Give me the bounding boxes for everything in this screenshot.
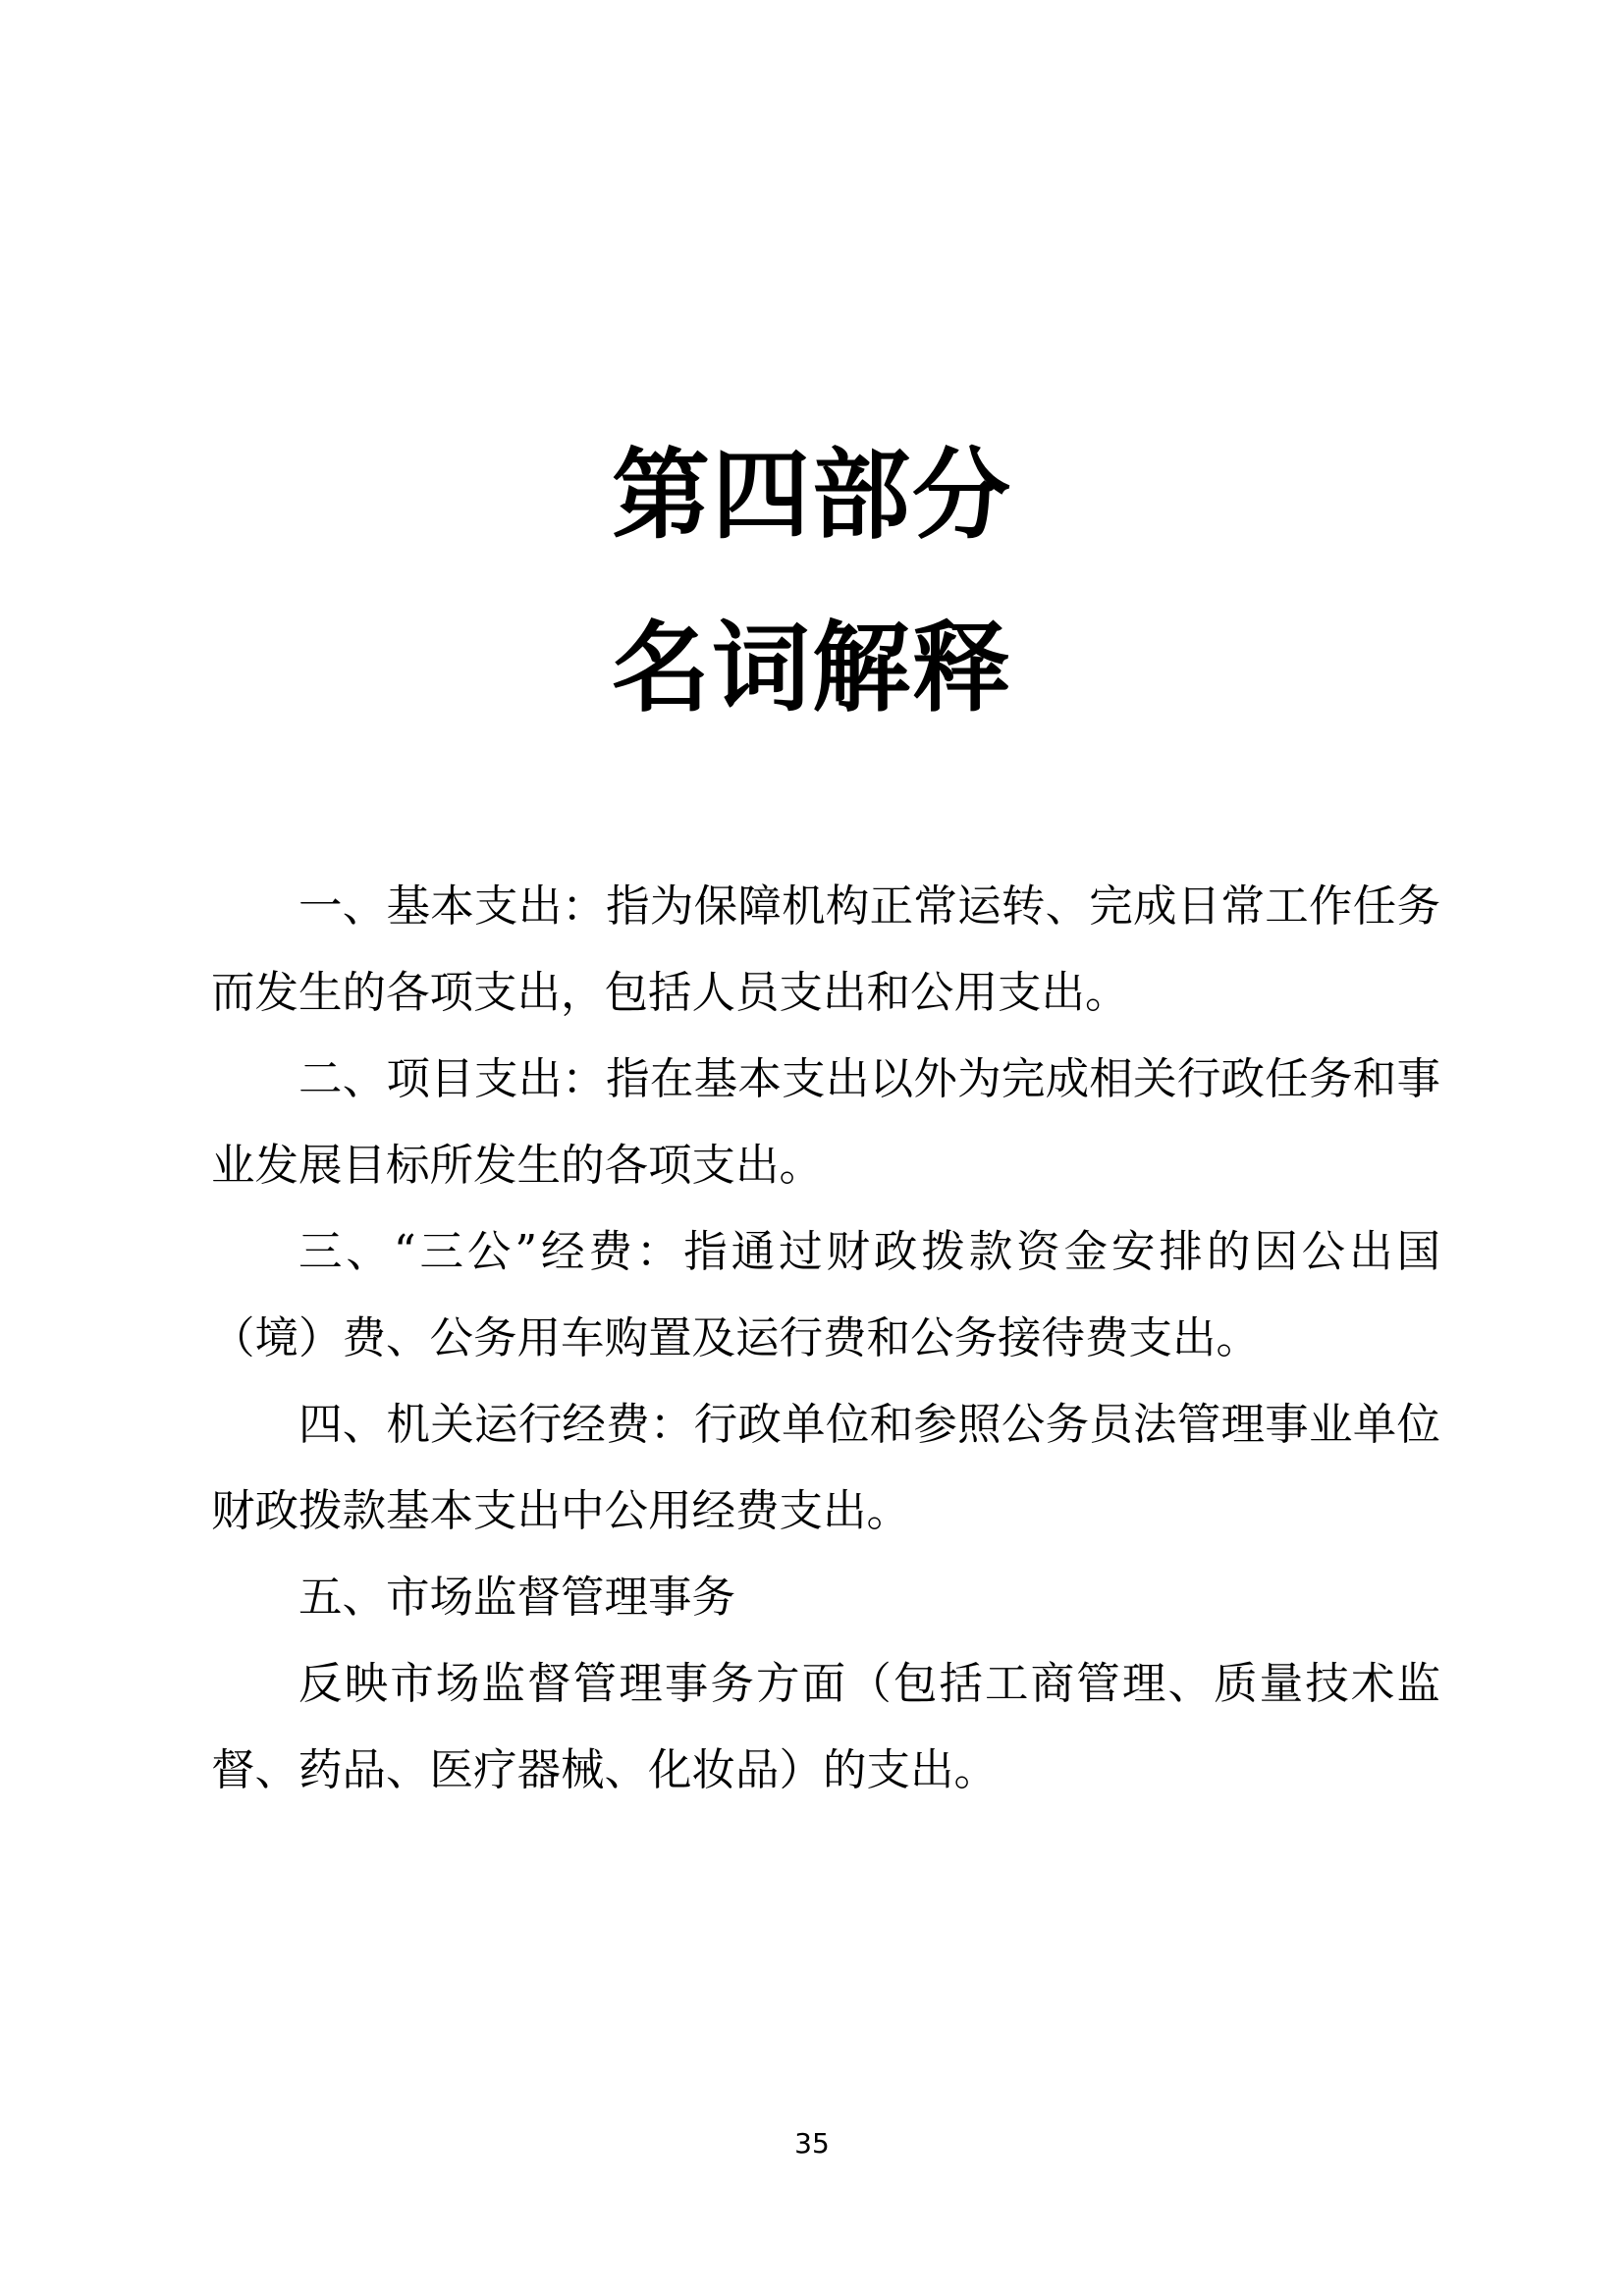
- section-title-line1: 第四部分: [0, 408, 1624, 581]
- page-footer: 35: [0, 2128, 1624, 2160]
- para-basic-expenditure: 一、基本支出：指为保障机构正常运转、完成日常工作任务而发生的各项支出，包括人员支…: [211, 864, 1440, 1037]
- section-title: 第四部分 名词解释: [0, 408, 1624, 754]
- para-market-regulation-heading: 五、市场监督管理事务: [211, 1555, 1440, 1641]
- document-body: 一、基本支出：指为保障机构正常运转、完成日常工作任务而发生的各项支出，包括人员支…: [211, 864, 1440, 1814]
- para-market-regulation-description: 反映市场监督管理事务方面（包括工商管理、质量技术监督、药品、医疗器械、化妆品）的…: [211, 1641, 1440, 1814]
- document-page: 第四部分 名词解释 一、基本支出：指为保障机构正常运转、完成日常工作任务而发生的…: [0, 0, 1624, 2296]
- para-project-expenditure: 二、项目支出：指在基本支出以外为完成相关行政任务和事业发展目标所发生的各项支出。: [211, 1037, 1440, 1209]
- page-number: 35: [794, 2127, 830, 2160]
- para-agency-operating-funds: 四、机关运行经费：行政单位和参照公务员法管理事业单位财政拨款基本支出中公用经费支…: [211, 1382, 1440, 1555]
- section-title-line2: 名词解释: [0, 581, 1624, 754]
- para-three-public-funds: 三、“三公”经费：指通过财政拨款资金安排的因公出国（境）费、公务用车购置及运行费…: [211, 1209, 1440, 1382]
